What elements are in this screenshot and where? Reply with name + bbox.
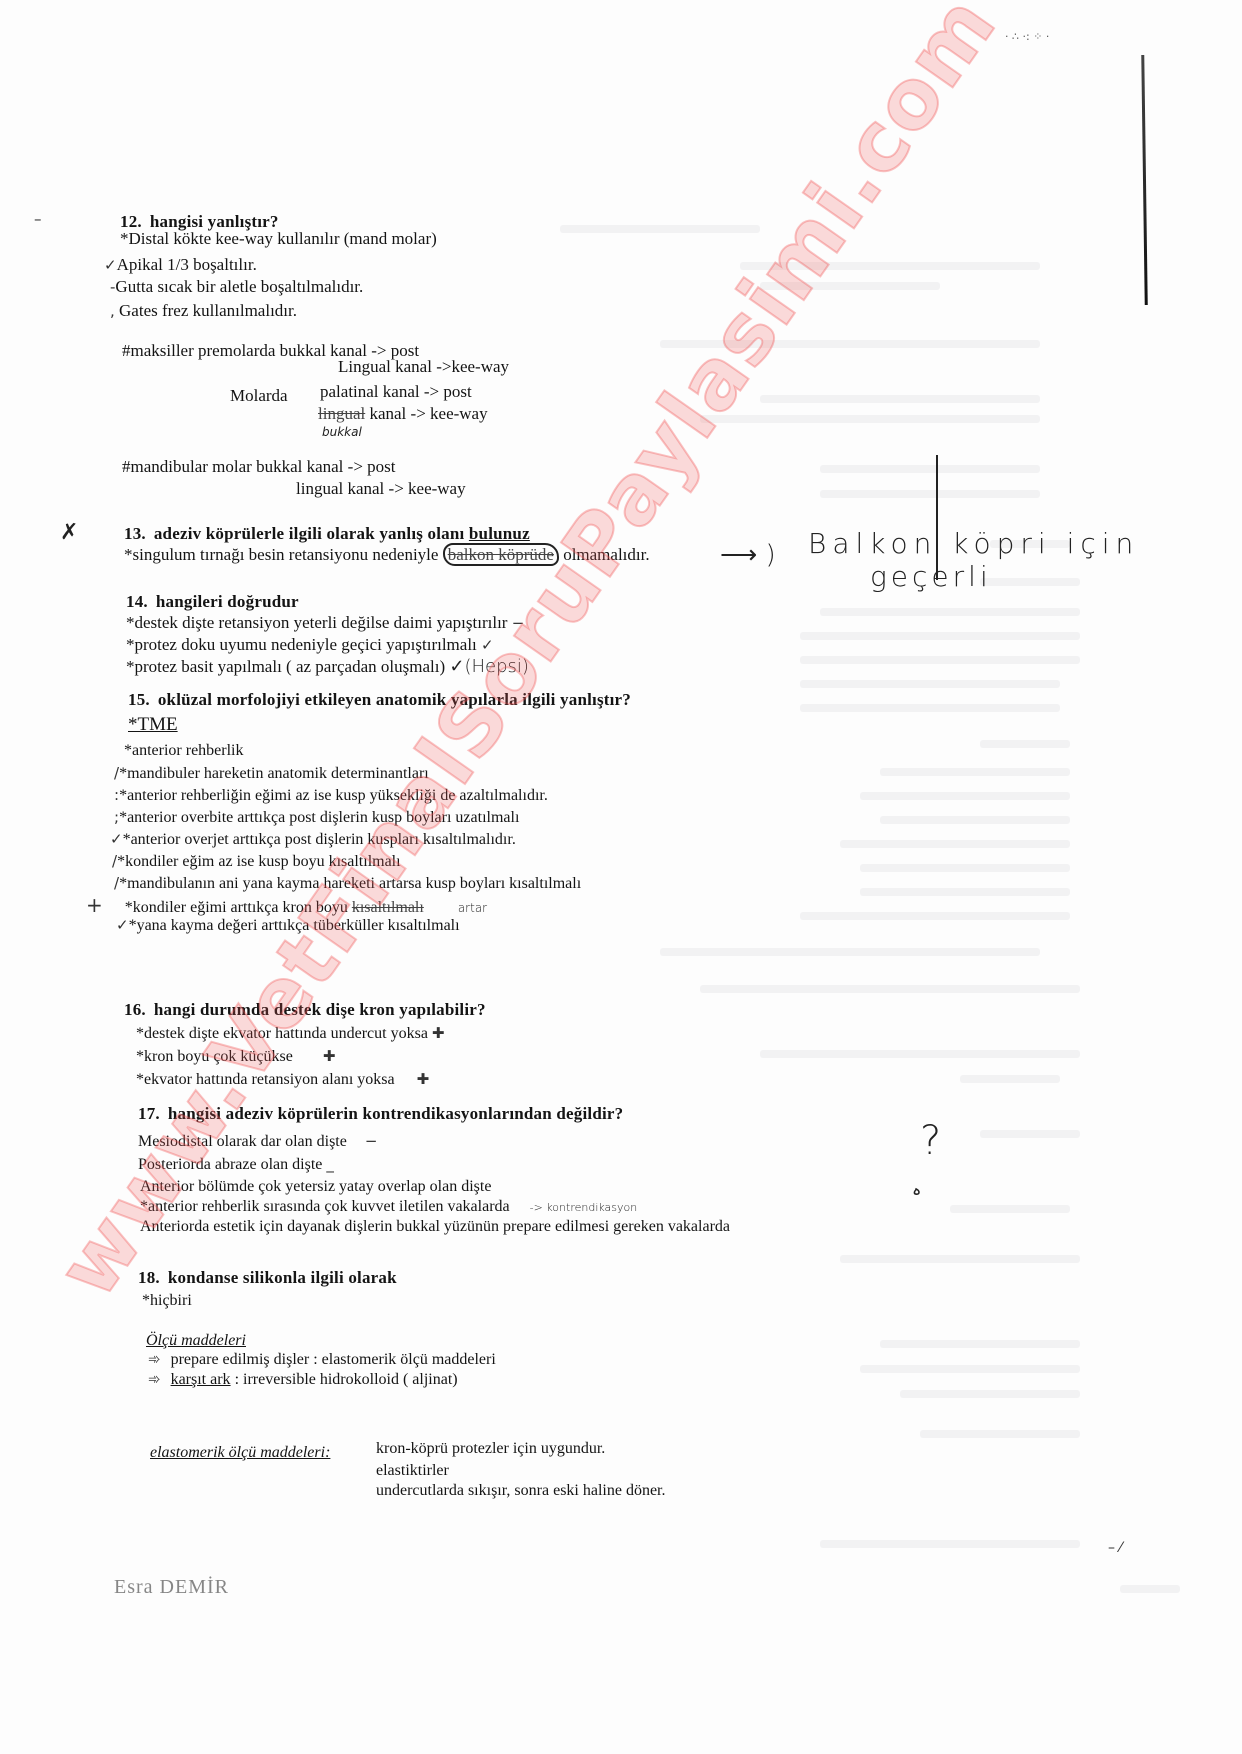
arrow-icon: ➾ xyxy=(148,1350,161,1368)
q14-option: *protez basit yapılmalı ( az parçadan ol… xyxy=(126,656,529,678)
q16-option: *ekvator hattında retansiyon alanı yoksa… xyxy=(136,1068,429,1091)
q18-answer: *hiçbiri xyxy=(142,1290,192,1312)
q12-option: , Gates frez kullanılmalıdır. xyxy=(110,300,297,322)
q15-option: *anterior rehberlik xyxy=(124,740,244,762)
elastomer-label: elastomerik ölçü maddeleri: xyxy=(150,1442,330,1464)
handwritten-hepsi: ✓(Hepsi) xyxy=(449,656,529,677)
q15-option: /*mandibulanın ani yana kayma hareketi a… xyxy=(114,872,581,895)
q12-option: ✓Apikal 1/3 boşaltılır. xyxy=(104,254,257,276)
q13-title: 13.adeziv köprülerle ilgili olarak yanlı… xyxy=(124,524,530,544)
handwritten-question-mark: ? xyxy=(920,1118,941,1164)
q17-title: 17.hangisi adeziv köprülerin kontrendika… xyxy=(138,1104,623,1124)
check-mark-icon: ✓ xyxy=(104,256,117,274)
q17-option: Anterior bölümde çok yetersiz yatay over… xyxy=(140,1176,491,1198)
q16-option: *kron boyu çok küçükse✚ xyxy=(136,1045,335,1068)
note-molar-label: Molarda xyxy=(230,385,288,407)
elastomer-line: elastiktirler xyxy=(376,1460,449,1482)
note-molar-lingual: lingual kanal -> kee-way xyxy=(318,403,488,425)
handwritten-kontrendikasyon: -> kontrendikasyon xyxy=(530,1201,638,1214)
q15-option: /*kondiler eğim az ise kusp boyu kısaltı… xyxy=(112,850,401,873)
plus-mark-icon: + xyxy=(86,893,103,917)
margin-marks-bottom: – ⁄ xyxy=(1108,1540,1122,1556)
arrow-icon: ➾ xyxy=(148,1370,161,1388)
q15-option: ✓*anterior overjet arttıkça post dişleri… xyxy=(110,828,516,851)
q14-option: *protez doku uyumu nedeniyle geçici yapı… xyxy=(126,634,494,656)
q17-option: Posteriorda abraze olan dişte _ xyxy=(138,1153,334,1176)
q15-option: /*mandibuler hareketin anatomik determin… xyxy=(114,762,429,785)
q18-title: 18.kondanse silikonla ilgili olarak xyxy=(138,1268,397,1288)
scanned-page: · ∴ ·: ⁘ · – 12.hangisi yanlıştır? *Dist… xyxy=(0,0,1242,1754)
q12-option: -Gutta sıcak bir aletle boşaltılmalıdır. xyxy=(110,276,363,298)
q15-title: 15.oklüzal morfolojiyi etkileyen anatomi… xyxy=(128,690,631,710)
q15-option: ✓*yana kayma değeri arttıkça tüberküller… xyxy=(116,914,460,937)
comma-mark-icon: , xyxy=(110,302,115,320)
note-maxillary-premolar-lingual: Lingual kanal ->kee-way xyxy=(338,356,509,378)
check-mark-icon: ✓ xyxy=(481,636,494,654)
answer-box: balkon köprüde xyxy=(443,543,559,566)
author-name: Esra DEMİR xyxy=(114,1576,229,1599)
note-mandibular-lingual: lingual kanal -> kee-way xyxy=(296,478,466,500)
q15-heading: *TME xyxy=(128,714,178,736)
q16-option: *destek dişte ekvator hattında undercut … xyxy=(136,1022,445,1045)
cross-mark-icon: ✚ xyxy=(323,1047,336,1065)
struck-word: lingual xyxy=(318,404,365,423)
q15-option: ;*anterior overbite arttıkça post dişler… xyxy=(114,806,519,829)
elastomer-line: kron-köprü protezler için uygundur. xyxy=(376,1438,605,1460)
scan-speckle: · ∴ ·: ⁘ · xyxy=(1005,30,1049,43)
margin-dash: – xyxy=(34,210,42,228)
q15-option: :*anterior rehberliğin eğimi az ise kusp… xyxy=(114,784,548,807)
handwritten-correction: artar xyxy=(458,901,487,915)
dash-mark-icon: − xyxy=(512,614,525,632)
q14-option: *destek dişte retansiyon yeterli değilse… xyxy=(126,612,524,634)
q12-option: *Distal kökte kee-way kullanılır (mand m… xyxy=(120,228,437,250)
handwritten-divider xyxy=(936,455,938,580)
impression-item: ➾karşıt ark : irreversible hidrokolloid … xyxy=(148,1368,458,1391)
handwritten-arrow-icon: ⟶ ) xyxy=(720,540,776,570)
q17-option: Anteriorda estetik için dayanak dişlerin… xyxy=(140,1216,730,1238)
q16-title: 16.hangi durumda destek dişe kron yapıla… xyxy=(124,1000,486,1020)
note-mandibular-buccal: #mandibular molar bukkal kanal -> post xyxy=(122,456,396,478)
cross-mark-icon: ✚ xyxy=(417,1070,430,1088)
cross-mark-icon: ✚ xyxy=(432,1024,445,1042)
q17-option: Mesiodistal olarak dar olan dişte − xyxy=(138,1130,377,1153)
handwritten-note-line2: geçerli xyxy=(870,560,992,593)
handwritten-squiggle: ہ xyxy=(912,1180,921,1199)
note-molar-palatinal: palatinal kanal -> post xyxy=(320,381,472,403)
q14-title: 14.hangileri doğrudur xyxy=(126,592,299,612)
handwritten-bukkal: bukkal xyxy=(322,425,362,439)
q13-answer: *singulum tırnağı besin retansiyonu nede… xyxy=(124,544,650,566)
scan-edge-line xyxy=(1141,55,1147,305)
margin-x-mark: ✗ xyxy=(60,520,78,545)
elastomer-line: undercutlarda sıkışır, sonra eski haline… xyxy=(376,1480,666,1502)
handwritten-note-line1: Balkon köpri için xyxy=(808,527,1139,560)
